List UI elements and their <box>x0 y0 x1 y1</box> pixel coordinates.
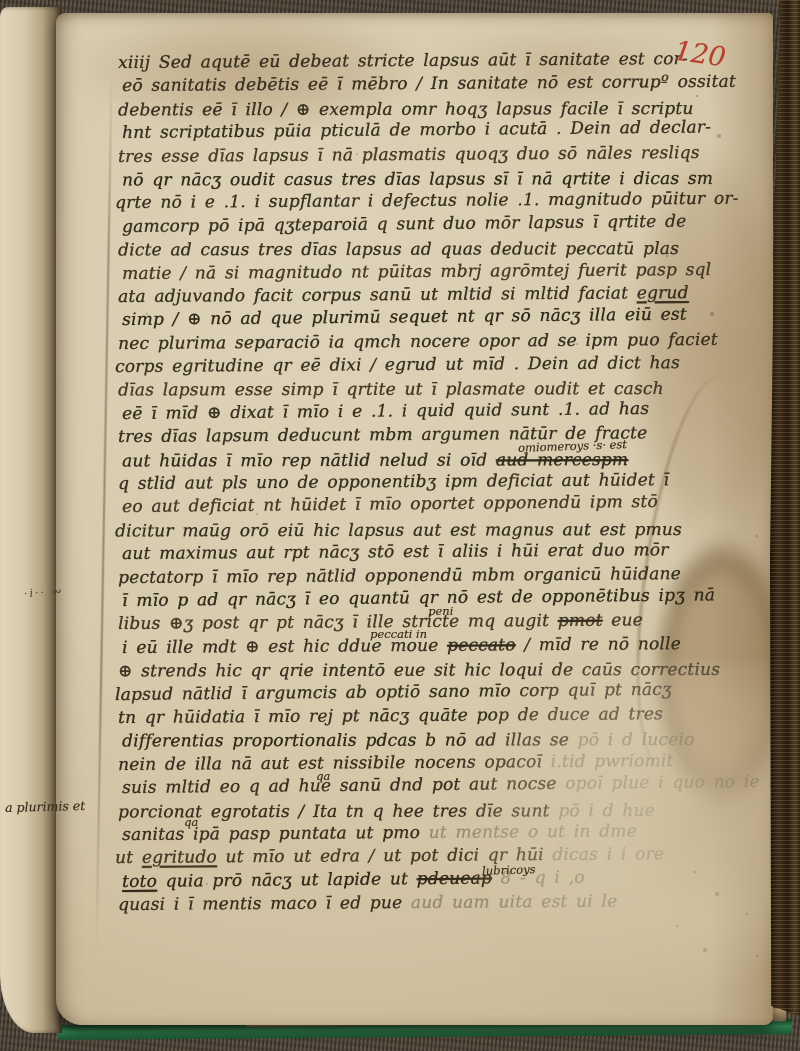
manuscript-line: hnt scriptatibus pūia pticulā de morbo i… <box>122 117 766 147</box>
line-segment: xiiij Sed aqutē eū debeat stricte lapsus… <box>118 49 688 73</box>
interlinear-note: lubricoys <box>482 862 536 878</box>
facing-page-gutter-edge <box>0 7 62 1033</box>
manuscript-line: eo aut deficiat nt hūidet ī mīo oportet … <box>122 491 766 521</box>
line-segment: ut <box>115 848 142 868</box>
line-segment: peccato <box>447 635 516 655</box>
line-segment: nō qr nācʒ oudit casus tres dīas lapsus … <box>122 169 713 191</box>
line-segment: matie / nā si magnitudo nt pūitas mbrj a… <box>122 259 711 283</box>
line-segment: pmot <box>558 611 603 631</box>
line-segment: qrte nō i e .1. i supflantar i defectus … <box>115 189 739 213</box>
line-segment: hnt scriptatibus pūia pticulā de morbo i… <box>122 118 711 144</box>
line-segment: egritudo <box>142 848 217 869</box>
manuscript-line: eō sanitatis debētis eē ī mēbro / In san… <box>122 72 766 100</box>
interlinear-note: qa <box>184 815 198 829</box>
line-segment: toto <box>122 871 157 891</box>
line-segment: corps egritudine qr eē dixi / egrud ut m… <box>115 353 680 377</box>
line-segment: pectatorp ī mīo rep nātlid opponendū mbm… <box>118 564 681 588</box>
manuscript-line: corps egritudine qr eē dixi / egrud ut m… <box>115 353 766 381</box>
line-segment: ī mīo p ad qr nācʒ ī eo quantū qr nō est… <box>122 585 715 611</box>
line-segment: eē ī mīd ⊕ dixat ī mīo i e .1. i quid qu… <box>122 399 649 424</box>
line-segment: simp / ⊕ nō ad que plurimū sequet nt qr … <box>122 305 687 330</box>
interlinear-note: qa <box>316 769 330 783</box>
interlinear-note: peccati in <box>370 627 427 641</box>
line-segment: nec plurima separaciō ia qmch nocere opo… <box>118 330 718 354</box>
margin-note: a plurimis et <box>5 798 85 815</box>
line-segment: dīas lapsum esse simp ī qrtite ut ī plas… <box>118 379 664 400</box>
line-segment: tres esse dīas lapsus ī nā plasmatis quo… <box>118 143 700 167</box>
line-segment: debentis eē ī illo / ⊕ exempla omr hoqʒ … <box>118 99 693 121</box>
line-segment: aut hūidas ī mīo rep nātlid nelud si oīd <box>122 450 496 471</box>
line-segment: dicte ad casus tres dīas lapsus ad quas … <box>118 239 679 260</box>
manuscript-line: tres esse dīas lapsus ī nā plasmatis quo… <box>118 142 766 170</box>
line-segment: eue <box>602 611 642 631</box>
book-fore-edge <box>770 0 800 1016</box>
line-segment: ata adjuvando facit corpus sanū ut mltid… <box>118 283 637 307</box>
line-segment: sanitas ipā pasp puntata ut pmo <box>122 823 420 845</box>
line-segment: quasi i ī mentis maco ī ed pue <box>118 893 402 915</box>
line-segment: q stlid aut pls uno de opponentibʒ ipm d… <box>118 470 669 494</box>
line-segment: egrud <box>637 283 689 303</box>
manuscript-line: i eū ille mdt ⊕ est hic ddue moue peccat… <box>122 633 766 661</box>
ink-fade-wash <box>454 661 773 1003</box>
line-segment: quia prō nācʒ ut lapide ut <box>157 869 417 891</box>
line-segment: dicitur maūg orō eiū hic lapsus aut est … <box>115 520 682 541</box>
interlinear-note: peni <box>428 604 453 618</box>
line-segment: aut maximus aut rpt nācʒ stō est ī aliis… <box>122 540 669 564</box>
line-segment: eō sanitatis debētis eē ī mēbro / In san… <box>122 72 736 96</box>
line-segment: / mīd re nō nolle <box>516 634 681 655</box>
dirt-speckles <box>56 13 58 15</box>
manuscript-photo: xiiij Sed aqutē eū debeat stricte lapsus… <box>0 0 800 1051</box>
manuscript-page: xiiij Sed aqutē eū debeat stricte lapsus… <box>56 13 773 1025</box>
line-segment: libus ⊕ʒ post qr pt nācʒ ī ille stricte … <box>118 611 558 634</box>
parchment-crease <box>95 73 112 953</box>
margin-mark: ·i·· ∾ <box>24 585 64 601</box>
manuscript-line: tres dīas lapsum deducunt mbm argumen nā… <box>118 423 766 451</box>
line-segment: eo aut deficiat nt hūidet ī mīo oportet … <box>122 492 658 517</box>
